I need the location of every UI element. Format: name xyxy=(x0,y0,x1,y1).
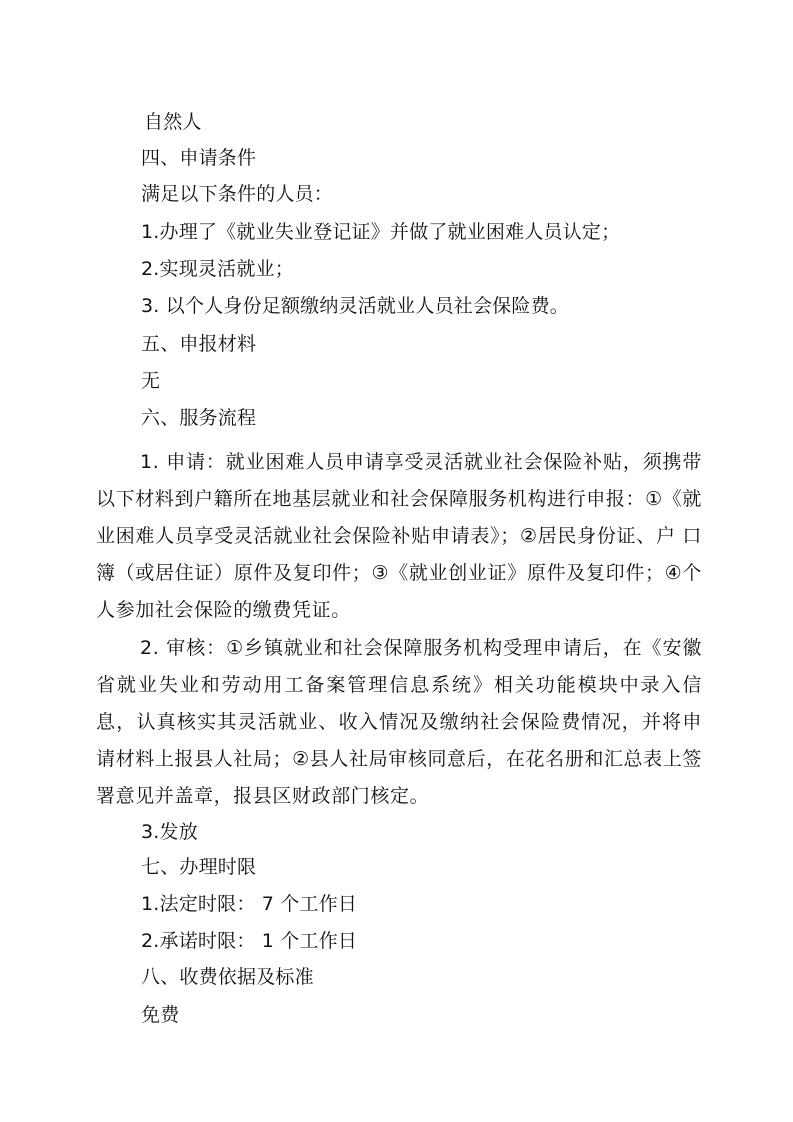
legal-time-limit: 1.法定时限： 7 个工作日 xyxy=(141,892,357,916)
conditions-intro-text: 满足以下条件的人员： xyxy=(141,182,333,206)
promised-time-limit: 2.承诺时限： 1 个工作日 xyxy=(141,929,357,953)
process-step-issue: 3.发放 xyxy=(141,820,198,844)
applicant-type-text: 自然人 xyxy=(144,110,202,134)
condition-item-3: 3. 以个人身份足额缴纳灵活就业人员社会保险费。 xyxy=(141,294,569,318)
section-heading-process: 六、服务流程 xyxy=(141,406,256,430)
process-step-apply: 1. 申请：就业困难人员申请享受灵活就业社会保险补贴，须携带以下材料到户籍所在地… xyxy=(96,444,702,629)
section-heading-time-limit: 七、办理时限 xyxy=(141,855,256,879)
section-heading-materials: 五、申报材料 xyxy=(141,332,256,356)
condition-item-2: 2.实现灵活就业； xyxy=(141,257,294,281)
process-step-review: 2. 审核：①乡镇就业和社会保障服务机构受理申请后，在《安徽省就业失业和劳动用工… xyxy=(96,630,702,815)
section-heading-conditions: 四、申请条件 xyxy=(141,146,256,170)
materials-text: 无 xyxy=(141,369,160,393)
condition-item-1: 1.办理了《就业失业登记证》并做了就业困难人员认定； xyxy=(141,220,620,244)
fee-text: 免费 xyxy=(141,1003,179,1027)
section-heading-fees: 八、收费依据及标准 xyxy=(141,965,314,989)
document-page: 自然人 四、申请条件 满足以下条件的人员： 1.办理了《就业失业登记证》并做了就… xyxy=(0,0,793,1122)
